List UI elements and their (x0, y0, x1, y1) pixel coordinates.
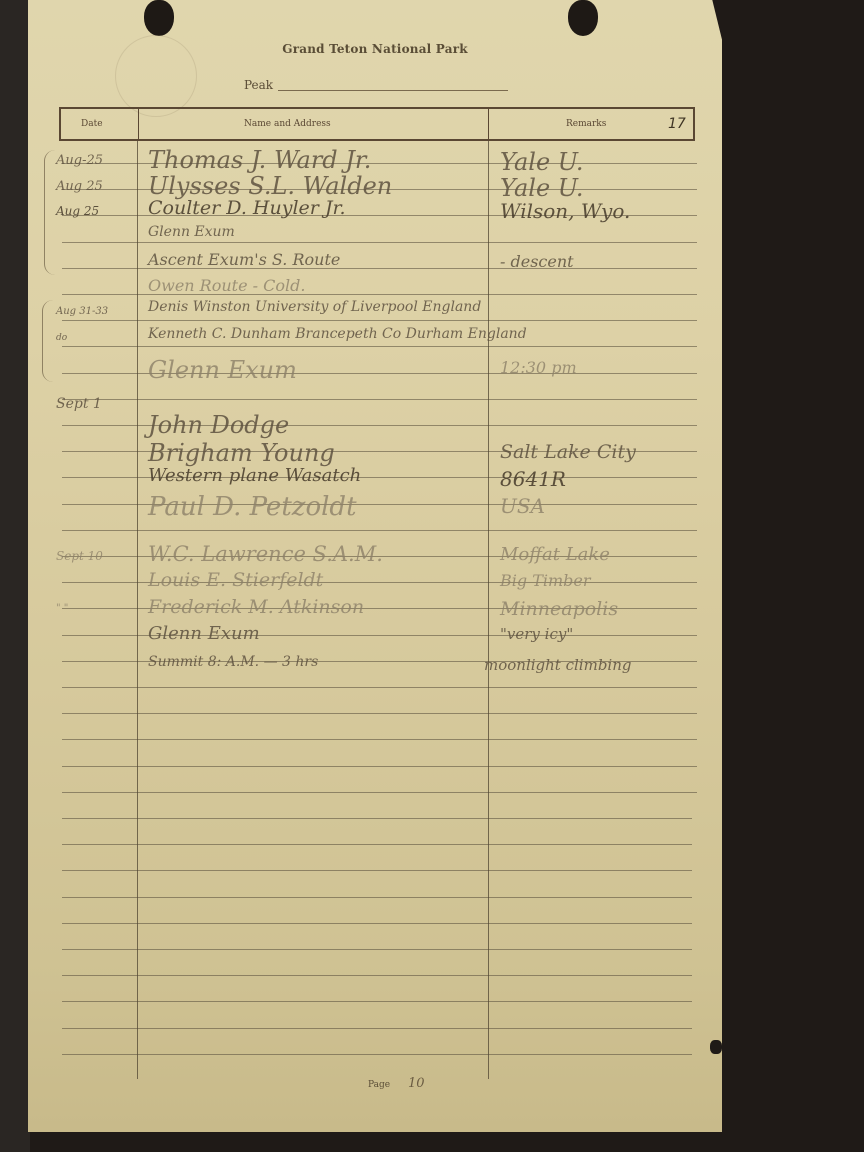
paper-tear (710, 1040, 722, 1054)
entry-date: Aug 25 (56, 204, 99, 218)
entry-name: Thomas J. Ward Jr. (148, 146, 371, 174)
rule-line (62, 897, 692, 898)
entry-name: Brigham Young (148, 439, 335, 467)
rule-line (62, 975, 692, 976)
entry-remarks: 8641R (500, 467, 566, 491)
entry-remarks: moonlight climbing (484, 656, 631, 674)
punch-hole-left (144, 0, 174, 36)
entry-remarks: 12:30 pm (500, 358, 577, 377)
entry-name: Glenn Exum (148, 224, 235, 240)
header-remarks: Remarks (566, 119, 606, 129)
rule-line (62, 949, 692, 950)
entry-remarks: Yale U. (500, 174, 583, 202)
entry-name: W.C. Lawrence S.A.M. (148, 542, 383, 566)
register-sheet (28, 0, 722, 1132)
column-header: Date Name and Address Remarks (59, 107, 695, 141)
rule-line (62, 818, 692, 819)
rule-line (62, 242, 697, 243)
header-divider (488, 109, 489, 139)
entry-remarks: Wilson, Wyo. (500, 199, 630, 223)
header-divider (138, 109, 139, 139)
entry-date: Sept 10 (56, 549, 103, 563)
entry-name: Owen Route - Cold. (148, 276, 305, 295)
rule-line (62, 739, 697, 740)
bracket-mark (42, 300, 53, 382)
sheet-number: 17 (668, 116, 686, 132)
header-name-address: Name and Address (244, 119, 331, 129)
entry-name: Kenneth C. Dunham Brancepeth Co Durham E… (148, 326, 527, 342)
rule-line (62, 346, 697, 347)
entry-remarks: Moffat Lake (500, 544, 610, 565)
peak-label: Peak (244, 78, 273, 92)
entry-remarks: USA (500, 494, 545, 518)
punch-hole-right (568, 0, 598, 36)
rule-line (62, 766, 697, 767)
entry-remarks: Big Timber (500, 571, 591, 590)
page-number: 10 (408, 1076, 425, 1091)
entry-name: Glenn Exum (148, 356, 297, 384)
rule-line (62, 923, 692, 924)
entry-date: Aug-25 (56, 153, 103, 168)
entry-remarks: Salt Lake City (500, 441, 636, 463)
entry-name: Summit 8: A.M. — 3 hrs (148, 654, 318, 670)
rule-line (62, 687, 697, 688)
entry-name: Glenn Exum (148, 623, 260, 644)
entry-remarks: "very icy" (500, 625, 573, 643)
entry-name: John Dodge (148, 411, 289, 439)
page-label: Page (368, 1080, 390, 1090)
entry-name: Frederick M. Atkinson (148, 596, 364, 618)
rule-line (62, 530, 697, 531)
entry-name: Ulysses S.L. Walden (148, 172, 392, 200)
rule-line (62, 1001, 692, 1002)
entry-name: Louis E. Stierfeldt (148, 569, 323, 591)
entry-name: Coulter D. Huyler Jr. (148, 197, 346, 219)
entry-remarks: - descent (500, 252, 574, 271)
rule-line (62, 713, 697, 714)
rule-line (62, 792, 697, 793)
entry-name: Ascent Exum's S. Route (148, 250, 340, 269)
entry-name: Paul D. Petzoldt (148, 492, 357, 522)
rule-line (62, 1054, 692, 1055)
rule-line (62, 399, 697, 400)
rule-line (62, 844, 692, 845)
entry-remarks: Minneapolis (500, 598, 618, 620)
entry-date: " " (56, 603, 68, 614)
peak-field-line (278, 90, 508, 91)
entry-date: do (56, 333, 67, 343)
form-title: Grand Teton National Park (0, 42, 750, 56)
entry-date: Aug 31-33 (56, 306, 108, 317)
date-column-divider (137, 141, 138, 1079)
header-date: Date (81, 119, 103, 129)
entry-date: Aug 25 (56, 179, 103, 194)
background-left (0, 0, 30, 1152)
rule-line (62, 1028, 692, 1029)
entry-name: Western plane Wasatch (148, 465, 361, 486)
entry-name: Denis Winston University of Liverpool En… (148, 299, 481, 315)
bracket-mark (44, 150, 55, 275)
rule-line (62, 870, 692, 871)
entry-date: Sept 1 (56, 396, 102, 412)
entry-remarks: Yale U. (500, 148, 583, 176)
rule-line (62, 320, 697, 321)
remarks-column-divider (488, 141, 489, 1079)
